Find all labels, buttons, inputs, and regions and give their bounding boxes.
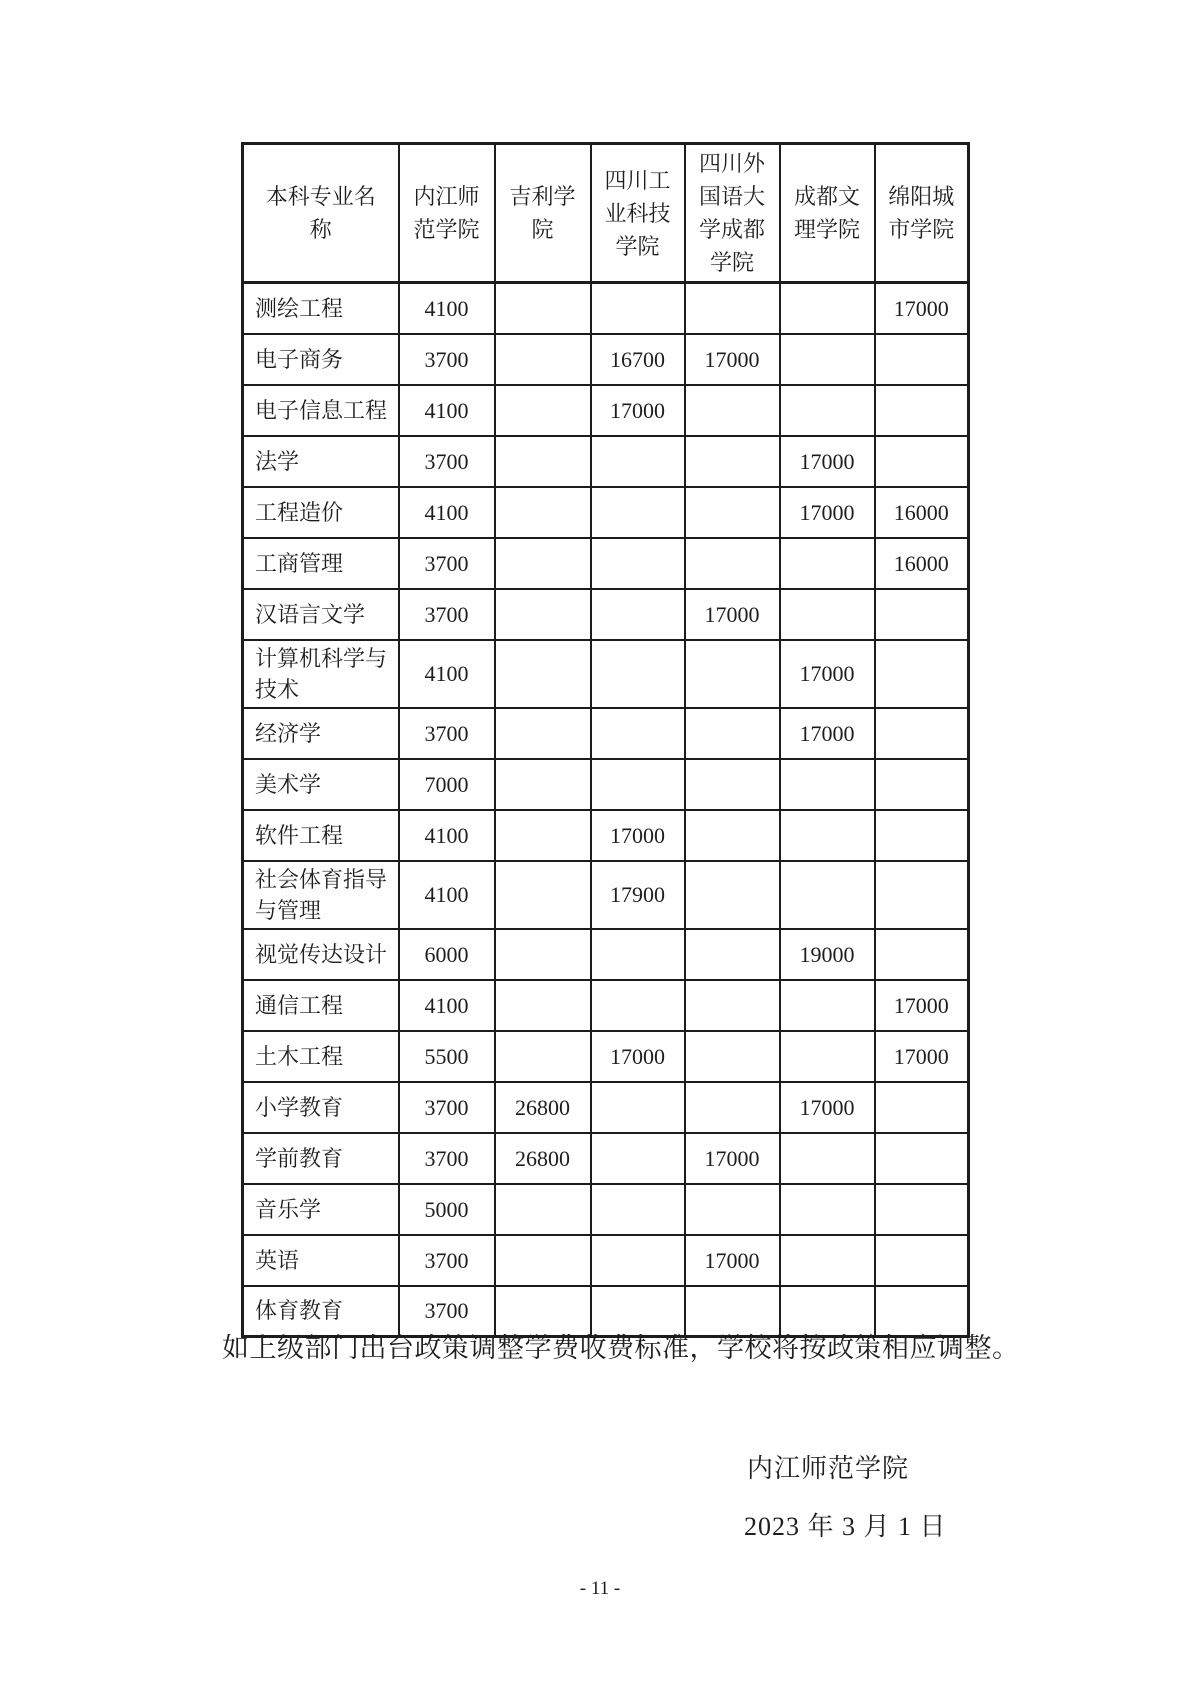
fee-cell bbox=[685, 708, 780, 759]
fee-cell bbox=[591, 759, 685, 810]
major-name-cell: 小学教育 bbox=[243, 1082, 399, 1133]
fee-cell bbox=[875, 929, 969, 980]
table-row: 土木工程55001700017000 bbox=[243, 1031, 969, 1082]
fee-cell: 17000 bbox=[780, 487, 875, 538]
fee-cell: 4100 bbox=[399, 283, 495, 334]
fee-cell bbox=[591, 980, 685, 1031]
major-name-cell: 软件工程 bbox=[243, 810, 399, 861]
fee-cell bbox=[685, 487, 780, 538]
fee-cell: 17000 bbox=[591, 385, 685, 436]
fee-cell bbox=[875, 385, 969, 436]
fee-cell bbox=[495, 1031, 591, 1082]
fee-cell bbox=[591, 538, 685, 589]
fee-cell bbox=[685, 1031, 780, 1082]
major-name-cell: 土木工程 bbox=[243, 1031, 399, 1082]
table-row: 音乐学5000 bbox=[243, 1184, 969, 1235]
fee-cell: 17000 bbox=[685, 1133, 780, 1184]
fee-cell bbox=[495, 487, 591, 538]
fee-cell: 17000 bbox=[685, 334, 780, 385]
column-header-0: 本科专业名 称 bbox=[243, 144, 399, 283]
table-row: 小学教育37002680017000 bbox=[243, 1082, 969, 1133]
fee-cell bbox=[591, 589, 685, 640]
fee-cell: 3700 bbox=[399, 436, 495, 487]
major-name-cell: 英语 bbox=[243, 1235, 399, 1286]
fee-cell bbox=[875, 589, 969, 640]
fee-cell bbox=[591, 1082, 685, 1133]
table-row: 计算机科学与 技术410017000 bbox=[243, 640, 969, 708]
fee-cell: 4100 bbox=[399, 980, 495, 1031]
fee-cell: 17000 bbox=[685, 1235, 780, 1286]
fee-cell: 26800 bbox=[495, 1082, 591, 1133]
fee-cell bbox=[591, 1184, 685, 1235]
fee-cell bbox=[495, 861, 591, 929]
fee-cell bbox=[875, 1082, 969, 1133]
fee-cell bbox=[780, 1133, 875, 1184]
table-row: 电子商务37001670017000 bbox=[243, 334, 969, 385]
fee-cell bbox=[495, 1184, 591, 1235]
fee-cell: 3700 bbox=[399, 1082, 495, 1133]
fee-cell bbox=[780, 589, 875, 640]
fee-cell bbox=[495, 538, 591, 589]
major-name-cell: 通信工程 bbox=[243, 980, 399, 1031]
fee-cell: 17000 bbox=[591, 1031, 685, 1082]
fee-cell bbox=[495, 334, 591, 385]
table-row: 美术学7000 bbox=[243, 759, 969, 810]
table-row: 软件工程410017000 bbox=[243, 810, 969, 861]
major-name-cell: 工商管理 bbox=[243, 538, 399, 589]
fee-cell: 17000 bbox=[685, 589, 780, 640]
page-number: - 11 - bbox=[0, 1578, 1200, 1600]
fee-cell bbox=[780, 810, 875, 861]
fee-cell bbox=[495, 810, 591, 861]
fee-cell bbox=[875, 759, 969, 810]
fee-cell: 17000 bbox=[591, 810, 685, 861]
fee-cell: 5500 bbox=[399, 1031, 495, 1082]
fee-cell: 3700 bbox=[399, 1235, 495, 1286]
fee-cell bbox=[875, 1133, 969, 1184]
fee-cell bbox=[875, 334, 969, 385]
fee-cell: 3700 bbox=[399, 1133, 495, 1184]
fee-cell bbox=[780, 385, 875, 436]
fee-cell: 3700 bbox=[399, 589, 495, 640]
fee-cell bbox=[591, 487, 685, 538]
fee-cell bbox=[875, 640, 969, 708]
table-row: 经济学370017000 bbox=[243, 708, 969, 759]
fee-cell bbox=[780, 861, 875, 929]
table-row: 社会体育指导 与管理410017900 bbox=[243, 861, 969, 929]
fee-cell bbox=[591, 436, 685, 487]
fee-cell bbox=[685, 283, 780, 334]
fee-cell bbox=[495, 589, 591, 640]
fee-cell bbox=[591, 708, 685, 759]
fee-cell: 17000 bbox=[780, 640, 875, 708]
fee-cell: 16000 bbox=[875, 487, 969, 538]
fee-cell bbox=[495, 759, 591, 810]
fee-cell bbox=[495, 929, 591, 980]
fee-cell: 17000 bbox=[780, 1082, 875, 1133]
fee-cell bbox=[685, 640, 780, 708]
fee-cell bbox=[875, 436, 969, 487]
fee-cell bbox=[780, 283, 875, 334]
fee-cell bbox=[685, 385, 780, 436]
fee-cell bbox=[875, 708, 969, 759]
major-name-cell: 计算机科学与 技术 bbox=[243, 640, 399, 708]
fee-cell: 4100 bbox=[399, 640, 495, 708]
fee-cell: 16000 bbox=[875, 538, 969, 589]
column-header-4: 四川外 国语大 学成都 学院 bbox=[685, 144, 780, 283]
table-row: 法学370017000 bbox=[243, 436, 969, 487]
fee-cell: 16700 bbox=[591, 334, 685, 385]
fee-cell bbox=[685, 436, 780, 487]
fee-cell: 4100 bbox=[399, 861, 495, 929]
major-name-cell: 美术学 bbox=[243, 759, 399, 810]
major-name-cell: 社会体育指导 与管理 bbox=[243, 861, 399, 929]
fee-cell bbox=[685, 538, 780, 589]
table-row: 工商管理370016000 bbox=[243, 538, 969, 589]
fee-cell bbox=[685, 1082, 780, 1133]
fee-cell bbox=[780, 1031, 875, 1082]
fee-cell: 17000 bbox=[875, 283, 969, 334]
fee-cell: 4100 bbox=[399, 487, 495, 538]
fee-cell: 4100 bbox=[399, 810, 495, 861]
major-name-cell: 学前教育 bbox=[243, 1133, 399, 1184]
fee-cell: 7000 bbox=[399, 759, 495, 810]
fee-cell bbox=[875, 861, 969, 929]
fee-cell bbox=[685, 1184, 780, 1235]
table-row: 视觉传达设计600019000 bbox=[243, 929, 969, 980]
fee-cell: 3700 bbox=[399, 538, 495, 589]
fee-cell: 3700 bbox=[399, 334, 495, 385]
fee-cell bbox=[685, 810, 780, 861]
fee-cell bbox=[780, 759, 875, 810]
fee-cell bbox=[591, 1133, 685, 1184]
fee-cell: 26800 bbox=[495, 1133, 591, 1184]
fee-cell: 17000 bbox=[780, 436, 875, 487]
table-row: 汉语言文学370017000 bbox=[243, 589, 969, 640]
fee-cell bbox=[495, 980, 591, 1031]
fee-cell: 5000 bbox=[399, 1184, 495, 1235]
fee-cell: 17000 bbox=[875, 1031, 969, 1082]
fee-cell bbox=[495, 436, 591, 487]
major-name-cell: 工程造价 bbox=[243, 487, 399, 538]
fee-cell bbox=[780, 334, 875, 385]
table-body: 测绘工程410017000电子商务37001670017000电子信息工程410… bbox=[243, 283, 969, 1337]
document-page: 本科专业名 称内江师 范学院吉利学 院四川工 业科技 学院四川外 国语大 学成都… bbox=[0, 0, 1200, 1696]
fee-cell bbox=[875, 1235, 969, 1286]
fee-cell bbox=[495, 640, 591, 708]
fee-cell bbox=[780, 1235, 875, 1286]
fee-cell bbox=[685, 861, 780, 929]
fee-cell bbox=[495, 385, 591, 436]
fee-cell bbox=[495, 708, 591, 759]
column-header-5: 成都文 理学院 bbox=[780, 144, 875, 283]
column-header-3: 四川工 业科技 学院 bbox=[591, 144, 685, 283]
fee-cell: 19000 bbox=[780, 929, 875, 980]
major-name-cell: 经济学 bbox=[243, 708, 399, 759]
fee-cell bbox=[685, 980, 780, 1031]
fee-cell bbox=[875, 810, 969, 861]
fee-cell: 3700 bbox=[399, 708, 495, 759]
fee-cell: 4100 bbox=[399, 385, 495, 436]
table-row: 英语370017000 bbox=[243, 1235, 969, 1286]
table-row: 测绘工程410017000 bbox=[243, 283, 969, 334]
fee-cell: 17900 bbox=[591, 861, 685, 929]
table-row: 通信工程410017000 bbox=[243, 980, 969, 1031]
signature-date: 2023 年 3 月 1 日 bbox=[744, 1506, 947, 1543]
fee-cell: 6000 bbox=[399, 929, 495, 980]
signature-organization: 内江师范学院 bbox=[747, 1448, 909, 1485]
fee-cell: 17000 bbox=[780, 708, 875, 759]
column-header-1: 内江师 范学院 bbox=[399, 144, 495, 283]
fee-cell bbox=[495, 283, 591, 334]
fee-cell bbox=[591, 640, 685, 708]
table-row: 学前教育37002680017000 bbox=[243, 1133, 969, 1184]
fee-cell bbox=[780, 538, 875, 589]
fee-cell bbox=[875, 1184, 969, 1235]
fee-cell bbox=[591, 283, 685, 334]
fee-cell bbox=[685, 929, 780, 980]
fee-cell: 17000 bbox=[875, 980, 969, 1031]
table-row: 工程造价41001700016000 bbox=[243, 487, 969, 538]
major-name-cell: 法学 bbox=[243, 436, 399, 487]
policy-adjustment-note: 如上级部门出台政策调整学费收费标准，学校将按政策相应调整。 bbox=[222, 1326, 1020, 1365]
major-name-cell: 电子信息工程 bbox=[243, 385, 399, 436]
fee-cell bbox=[591, 929, 685, 980]
major-name-cell: 测绘工程 bbox=[243, 283, 399, 334]
column-header-6: 绵阳城 市学院 bbox=[875, 144, 969, 283]
table-row: 电子信息工程410017000 bbox=[243, 385, 969, 436]
fee-cell bbox=[591, 1235, 685, 1286]
major-name-cell: 汉语言文学 bbox=[243, 589, 399, 640]
fee-cell bbox=[495, 1235, 591, 1286]
major-name-cell: 电子商务 bbox=[243, 334, 399, 385]
major-name-cell: 视觉传达设计 bbox=[243, 929, 399, 980]
major-name-cell: 音乐学 bbox=[243, 1184, 399, 1235]
column-header-2: 吉利学 院 bbox=[495, 144, 591, 283]
tuition-fee-table: 本科专业名 称内江师 范学院吉利学 院四川工 业科技 学院四川外 国语大 学成都… bbox=[241, 142, 970, 1338]
fee-cell bbox=[780, 1184, 875, 1235]
table-header-row: 本科专业名 称内江师 范学院吉利学 院四川工 业科技 学院四川外 国语大 学成都… bbox=[243, 144, 969, 283]
fee-cell bbox=[685, 759, 780, 810]
fee-cell bbox=[780, 980, 875, 1031]
